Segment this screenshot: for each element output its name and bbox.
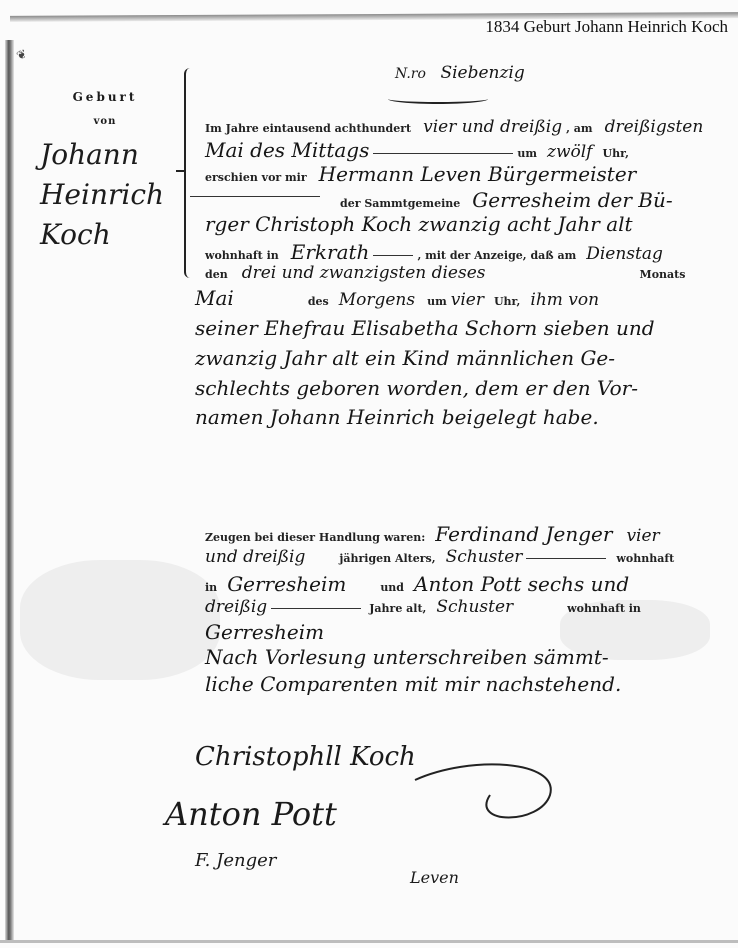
handwritten-weekday: Dienstag: [586, 244, 663, 264]
form-line-8: Mai des Morgens um vier Uhr, ihm von: [195, 286, 599, 310]
signature-witness-1: F. Jenger: [195, 850, 276, 871]
printed-text: wohnhaft in: [205, 249, 279, 262]
left-name-last: Koch: [30, 215, 180, 255]
form-line-6: wohnhaft in Erkrath , mit der Anzeige, d…: [205, 240, 663, 264]
witness-line-4: dreißig Jahre alt, Schuster wohnhaft in: [205, 597, 641, 617]
handwritten-closing: liche Comparenten mit mir nachstehend.: [205, 672, 621, 696]
form-line-12: namen Johann Heinrich beigelegt habe.: [195, 405, 599, 429]
curly-brace-divider: [184, 68, 194, 278]
left-von: von: [30, 116, 180, 127]
handwritten-birth-hour: vier: [451, 290, 484, 310]
form-line-3: erschien vor mir Hermann Leven Bürgermei…: [205, 162, 636, 186]
handwritten-child-name: namen Johann Heinrich beigelegt habe.: [195, 405, 599, 429]
scan-smudge: [20, 560, 220, 680]
printed-text: , mit der Anzeige, daß am: [417, 249, 576, 262]
brace-tip: [176, 170, 186, 172]
form-line-9: seiner Ehefrau Elisabetha Schorn sieben …: [195, 316, 655, 340]
signature-father: Christophll Koch: [195, 742, 416, 772]
printed-text: den: [205, 268, 228, 281]
handwritten-occupation: Schuster: [446, 547, 523, 567]
printed-text: Uhr,: [494, 295, 520, 308]
handwritten-text: vier: [626, 526, 659, 546]
printed-text: Uhr,: [602, 147, 628, 160]
printed-text: der Sammtgemeine: [340, 197, 460, 210]
printed-text: wohnhaft in: [567, 602, 641, 615]
handwritten-text: ihm von: [530, 290, 599, 310]
handwritten-closing: Nach Vorlesung unterschreiben sämmt-: [205, 645, 609, 669]
record-number-value: Siebenzig: [440, 63, 524, 83]
handwritten-mother: seiner Ehefrau Elisabetha Schorn sieben …: [195, 316, 655, 340]
handwritten-year: vier und dreißig: [423, 117, 562, 137]
handwritten-witness-2: Anton Pott sechs und: [414, 572, 629, 596]
printed-text: um: [427, 295, 447, 308]
left-heading: Geburt: [30, 90, 180, 104]
handwritten-official: Hermann Leven Bürgermeister: [319, 162, 637, 186]
handwritten-residence: Gerresheim: [205, 620, 324, 644]
handwritten-age: dreißig: [205, 597, 267, 617]
printed-text: erschien vor mir: [205, 171, 307, 184]
handwritten-municipality: Gerresheim der Bü-: [472, 188, 672, 212]
printed-text: des: [308, 295, 329, 308]
witness-line-2: und dreißig jährigen Alters, Schuster wo…: [205, 547, 674, 567]
witness-line-7: liche Comparenten mit mir nachstehend.: [205, 672, 621, 696]
left-name-first: Johann: [30, 135, 180, 175]
record-number: N.ro Siebenzig: [395, 62, 525, 83]
handwritten-text: zwanzig Jahr alt ein Kind männlichen Ge-: [195, 346, 615, 370]
printed-text: in: [205, 581, 217, 594]
left-column-title: Geburt von Johann Heinrich Koch: [30, 90, 180, 255]
printed-text: Im Jahre eintausend achthundert: [205, 122, 411, 135]
form-line-2: Mai des Mittags um zwölf Uhr,: [205, 138, 629, 162]
form-line-4: der Sammtgemeine Gerresheim der Bü-: [340, 188, 673, 212]
form-line-1: Im Jahre eintausend achthundert vier und…: [205, 117, 703, 137]
handwritten-birth-day: drei und zwanzigsten dieses: [242, 263, 486, 283]
handwritten-text: schlechts geboren worden, dem er den Vor…: [195, 376, 638, 400]
witness-line-1: Zeugen bei dieser Handlung waren: Ferdin…: [205, 522, 660, 546]
witness-line-6: Nach Vorlesung unterschreiben sämmt-: [205, 645, 609, 669]
scan-left-binding-edge: [5, 40, 14, 940]
handwritten-occupation: Schuster: [436, 597, 513, 617]
form-line-5: rger Christoph Koch zwanzig acht Jahr al…: [205, 212, 633, 236]
divider-line: [190, 196, 320, 197]
document-caption: 1834 Geburt Johann Heinrich Koch: [485, 17, 728, 37]
form-line-7: den drei und zwanzigsten dieses Monats: [205, 263, 685, 283]
scan-bottom-edge: [0, 940, 738, 943]
record-number-label: N.ro: [395, 66, 426, 82]
handwritten-time-of-day: Morgens: [339, 290, 415, 310]
handwritten-month-time: Mai des Mittags: [205, 138, 369, 162]
scanned-document-page: 1834 Geburt Johann Heinrich Koch ❦ Gebur…: [0, 0, 738, 948]
handwritten-residence: Erkrath: [291, 240, 370, 264]
record-number-brace: [388, 94, 488, 104]
printed-text: wohnhaft: [616, 552, 674, 565]
handwritten-age: und dreißig: [205, 547, 305, 567]
printed-text: Monats: [640, 268, 686, 281]
signature-official: Leven: [410, 868, 459, 887]
handwritten-day: dreißigsten: [605, 117, 704, 137]
form-line-11: schlechts geboren worden, dem er den Vor…: [195, 376, 638, 400]
handwritten-residence: Gerresheim: [227, 572, 346, 596]
left-name-middle: Heinrich: [30, 175, 180, 215]
handwritten-birth-month: Mai: [195, 286, 234, 310]
signature-witness-2-first: Anton Pott: [165, 795, 337, 833]
handwritten-witness-1: Ferdinand Jenger: [435, 522, 612, 546]
form-line-10: zwanzig Jahr alt ein Kind männlichen Ge-: [195, 346, 615, 370]
printed-text: Jahre alt,: [369, 602, 426, 615]
printed-text: Zeugen bei dieser Handlung waren:: [205, 531, 425, 544]
printed-text: jährigen Alters,: [339, 552, 435, 565]
printed-text: um: [517, 147, 537, 160]
signature-flourish-icon: [410, 755, 570, 835]
witness-line-3: in Gerresheim und Anton Pott sechs und: [205, 572, 629, 596]
stamp-mark-icon: ❦: [14, 40, 51, 75]
printed-text: , am: [566, 122, 592, 135]
handwritten-father: rger Christoph Koch zwanzig acht Jahr al…: [205, 212, 633, 236]
printed-text: und: [380, 581, 404, 594]
witness-line-5: Gerresheim: [205, 620, 324, 644]
handwritten-hour: zwölf: [547, 142, 592, 162]
signature-witness-2: Anton Pott: [165, 795, 337, 833]
